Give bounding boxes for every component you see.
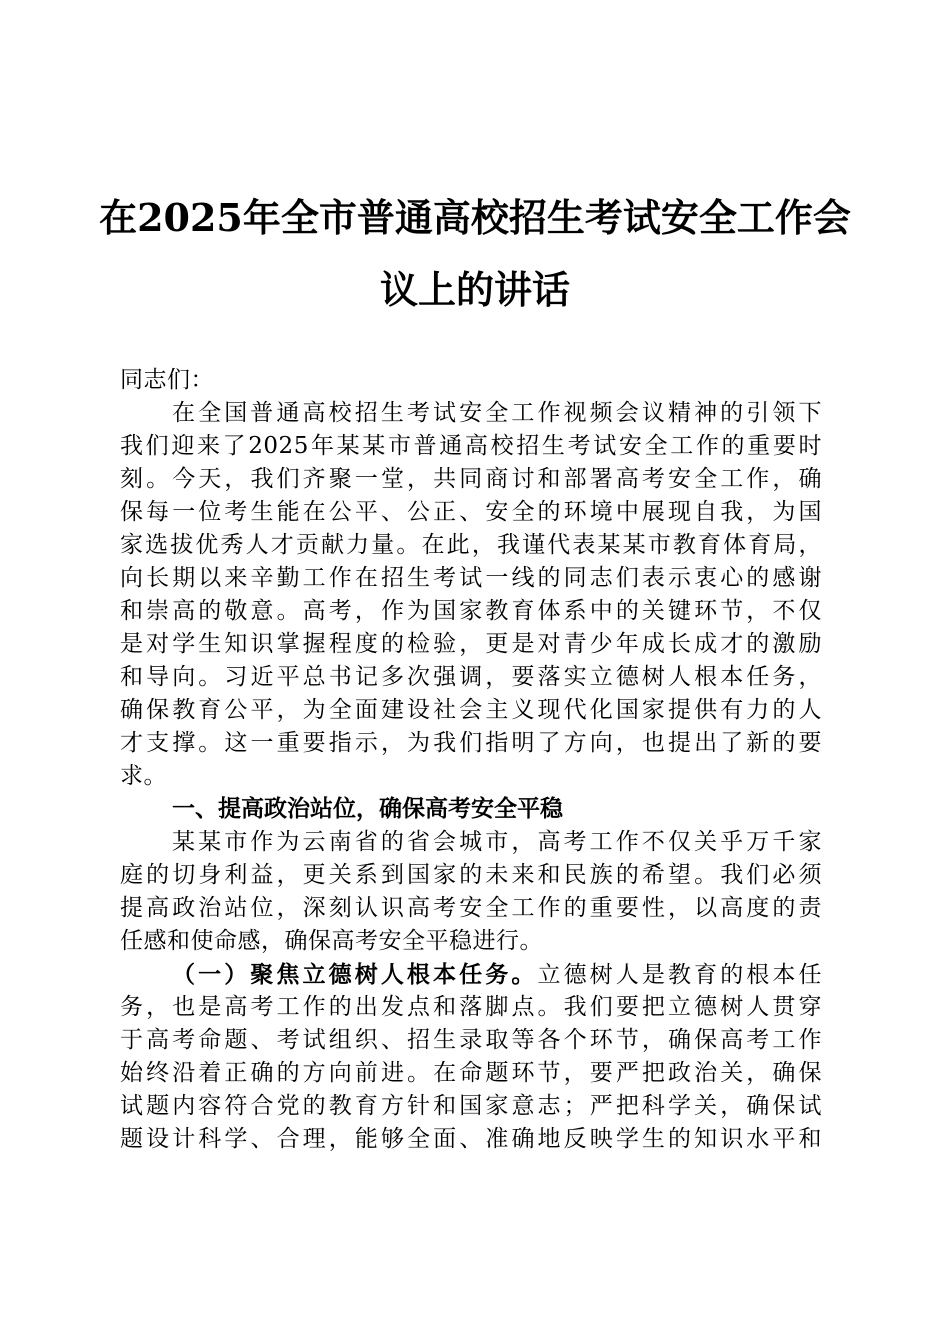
text-line: 确保教育公平，为全面建设社会主义现代化国家提供有力的人 xyxy=(120,694,822,727)
text-line: （一）聚焦立德树人根本任务。立德树人是教育的根本任 xyxy=(120,958,822,991)
text-line: 某某市作为云南省的省会城市，高考工作不仅关乎万千家 xyxy=(120,826,822,859)
intro-paragraph: 在全国普通高校招生考试安全工作视频会议精神的引领下 我们迎来了2025年某某市普… xyxy=(120,397,822,793)
text-line: 于高考命题、考试组织、招生录取等各个环节，确保高考工作 xyxy=(120,1024,822,1057)
subsection-heading: （一）聚焦立德树人根本任务。 xyxy=(172,961,537,988)
document-title-line-1: 在2025年全市普通高校招生考试安全工作会 xyxy=(0,194,950,242)
text-line: 和崇高的敬意。高考，作为国家教育体系中的关键环节，不仅 xyxy=(120,595,822,628)
document-title-line-2: 议上的讲话 xyxy=(0,266,950,314)
document-page: 在2025年全市普通高校招生考试安全工作会 议上的讲话 同志们： 在全国普通高校… xyxy=(0,0,950,1344)
section-1-paragraph: 某某市作为云南省的省会城市，高考工作不仅关乎万千家 庭的切身利益，更关系到国家的… xyxy=(120,826,822,958)
text-line: 刻。今天，我们齐聚一堂，共同商讨和部署高考安全工作，确 xyxy=(120,463,822,496)
text-line: 是对学生知识掌握程度的检验，更是对青少年成长成才的激励 xyxy=(120,628,822,661)
text-line: 试题内容符合党的教育方针和国家意志；严把科学关，确保试 xyxy=(120,1090,822,1123)
text-line: 任感和使命感，确保高考安全平稳进行。 xyxy=(120,925,822,958)
text-line: 保每一位考生能在公平、公正、安全的环境中展现自我，为国 xyxy=(120,496,822,529)
text-line: 我们迎来了2025年某某市普通高校招生考试安全工作的重要时 xyxy=(120,430,822,463)
document-body: 同志们： 在全国普通高校招生考试安全工作视频会议精神的引领下 我们迎来了2025… xyxy=(120,364,822,1156)
text-line: 始终沿着正确的方向前进。在命题环节，要严把政治关，确保 xyxy=(120,1057,822,1090)
text-line: 题设计科学、合理，能够全面、准确地反映学生的知识水平和 xyxy=(120,1123,822,1156)
salutation: 同志们： xyxy=(120,364,822,397)
text-line: 提高政治站位，深刻认识高考安全工作的重要性，以高度的责 xyxy=(120,892,822,925)
text-line: 在全国普通高校招生考试安全工作视频会议精神的引领下 xyxy=(120,397,822,430)
text-line: 和导向。习近平总书记多次强调，要落实立德树人根本任务， xyxy=(120,661,822,694)
text-line: 务，也是高考工作的出发点和落脚点。我们要把立德树人贯穿 xyxy=(120,991,822,1024)
text-run: 立德树人是教育的根本任 xyxy=(537,962,822,988)
text-line: 向长期以来辛勤工作在招生考试一线的同志们表示衷心的感谢 xyxy=(120,562,822,595)
section-heading: 一、提高政治站位，确保高考安全平稳 xyxy=(120,793,822,826)
text-line: 求。 xyxy=(120,760,822,793)
text-line: 家选拔优秀人才贡献力量。在此，我谨代表某某市教育体育局， xyxy=(120,529,822,562)
text-line: 才支撑。这一重要指示，为我们指明了方向，也提出了新的要 xyxy=(120,727,822,760)
text-line: 庭的切身利益，更关系到国家的未来和民族的希望。我们必须 xyxy=(120,859,822,892)
subsection-1-paragraph: （一）聚焦立德树人根本任务。立德树人是教育的根本任 务，也是高考工作的出发点和落… xyxy=(120,958,822,1156)
